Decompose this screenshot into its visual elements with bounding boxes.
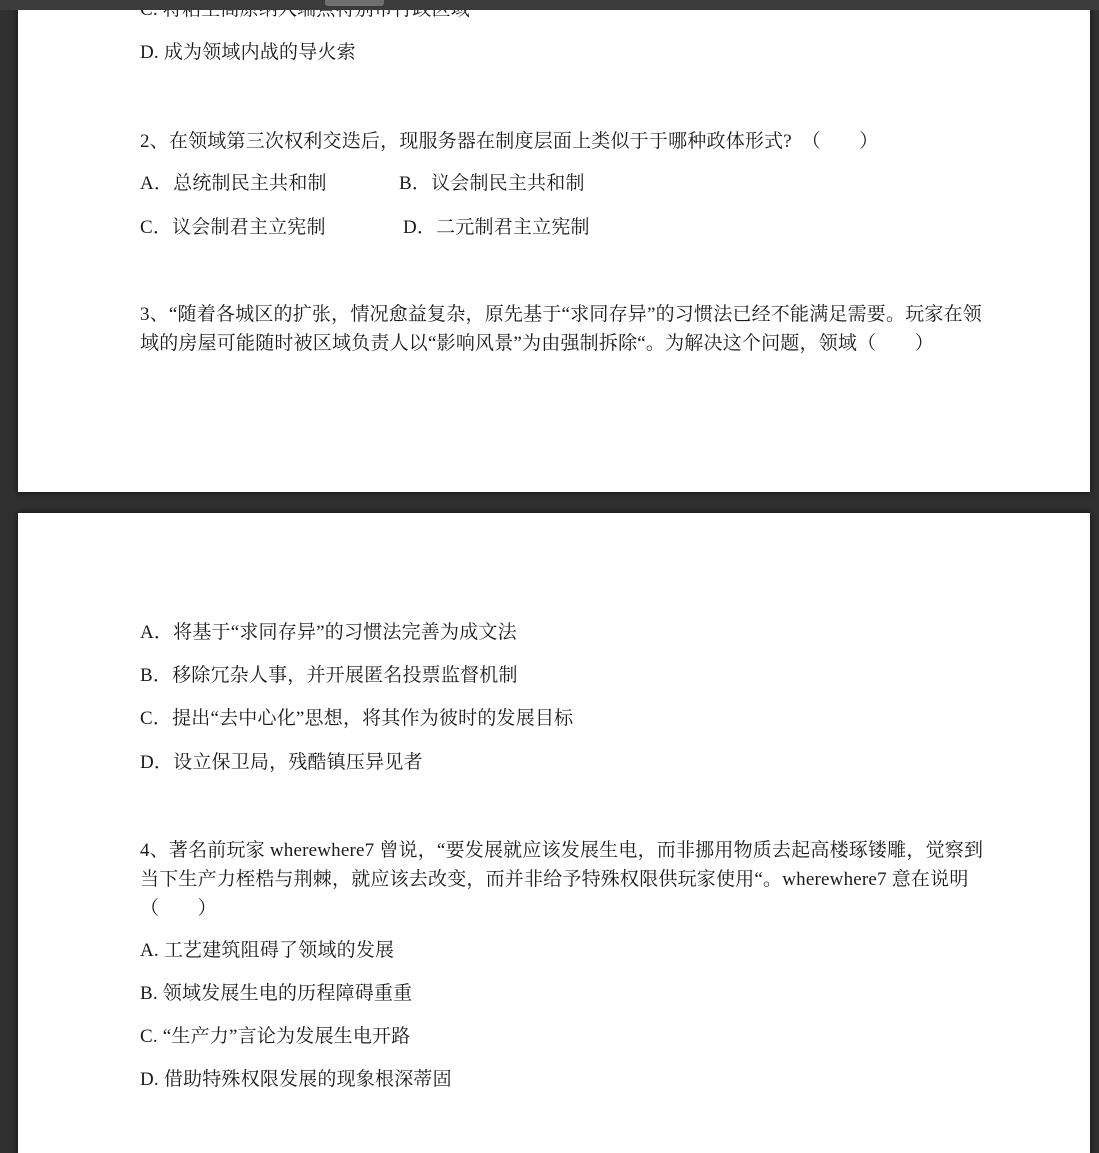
question2-stem: 2、在领域第三次权利交迭后，现服务器在制度层面上类似于于哪种政体形式? （ ） <box>140 130 878 153</box>
question2-option-c: C．议会制君主立宪制 <box>140 216 403 239</box>
question4-option-c: C. “生产力”言论为发展生电开路 <box>140 1025 410 1048</box>
question4-option-a: A. 工艺建筑阻碍了领域的发展 <box>140 939 394 962</box>
question4-stem-line2: 当下生产力桎梏与荆棘，就应该去改变，而并非给予特殊权限供玩家使用“。wherew… <box>140 868 969 891</box>
question4-option-d: D. 借助特殊权限发展的现象根深蒂固 <box>140 1068 452 1091</box>
document-page-1: C. 将粘土高原纳入端点特别市行政区域 D. 成为领域内战的导火索 2、在领域第… <box>18 0 1090 492</box>
question3-option-d: D．设立保卫局，残酷镇压异见者 <box>140 751 423 774</box>
question1-option-d: D. 成为领域内战的导火索 <box>140 41 356 64</box>
question4-option-b: B. 领域发展生电的历程障碍重重 <box>140 982 412 1005</box>
question3-option-a: A．将基于“求同存异”的习惯法完善为成文法 <box>140 621 517 644</box>
question2-option-a: A．总统制民主共和制 <box>140 172 399 195</box>
question2-option-d: D．二元制君主立宪制 <box>403 217 590 238</box>
clipped-toolbar-button[interactable] <box>325 0 384 6</box>
question2-option-row-cd: C．议会制君主立宪制D．二元制君主立宪制 <box>140 216 590 239</box>
viewer-top-bar <box>0 0 1099 10</box>
question4-stem-line1: 4、著名前玩家 wherewhere7 曾说，“要发展就应该发展生电，而非挪用物… <box>140 839 983 862</box>
pdf-viewer-scroll-area[interactable]: C. 将粘土高原纳入端点特别市行政区域 D. 成为领域内战的导火索 2、在领域第… <box>0 0 1099 1153</box>
question3-stem-line2: 域的房屋可能随时被区域负责人以“影响风景”为由强制拆除“。为解决这个问题，领域（… <box>140 332 934 355</box>
question3-stem-line1: 3、“随着各城区的扩张，情况愈益复杂，原先基于“求同存异”的习惯法已经不能满足需… <box>140 303 982 326</box>
question4-stem-line3: （ ） <box>140 897 217 920</box>
question2-option-b: B．议会制民主共和制 <box>399 173 585 194</box>
question3-option-b: B．移除冗杂人事，并开展匿名投票监督机制 <box>140 664 518 687</box>
question3-option-c: C．提出“去中心化”思想，将其作为彼时的发展目标 <box>140 707 573 730</box>
question2-option-row-ab: A．总统制民主共和制B．议会制民主共和制 <box>140 172 585 195</box>
document-page-2: A．将基于“求同存异”的习惯法完善为成文法 B．移除冗杂人事，并开展匿名投票监督… <box>18 513 1090 1153</box>
